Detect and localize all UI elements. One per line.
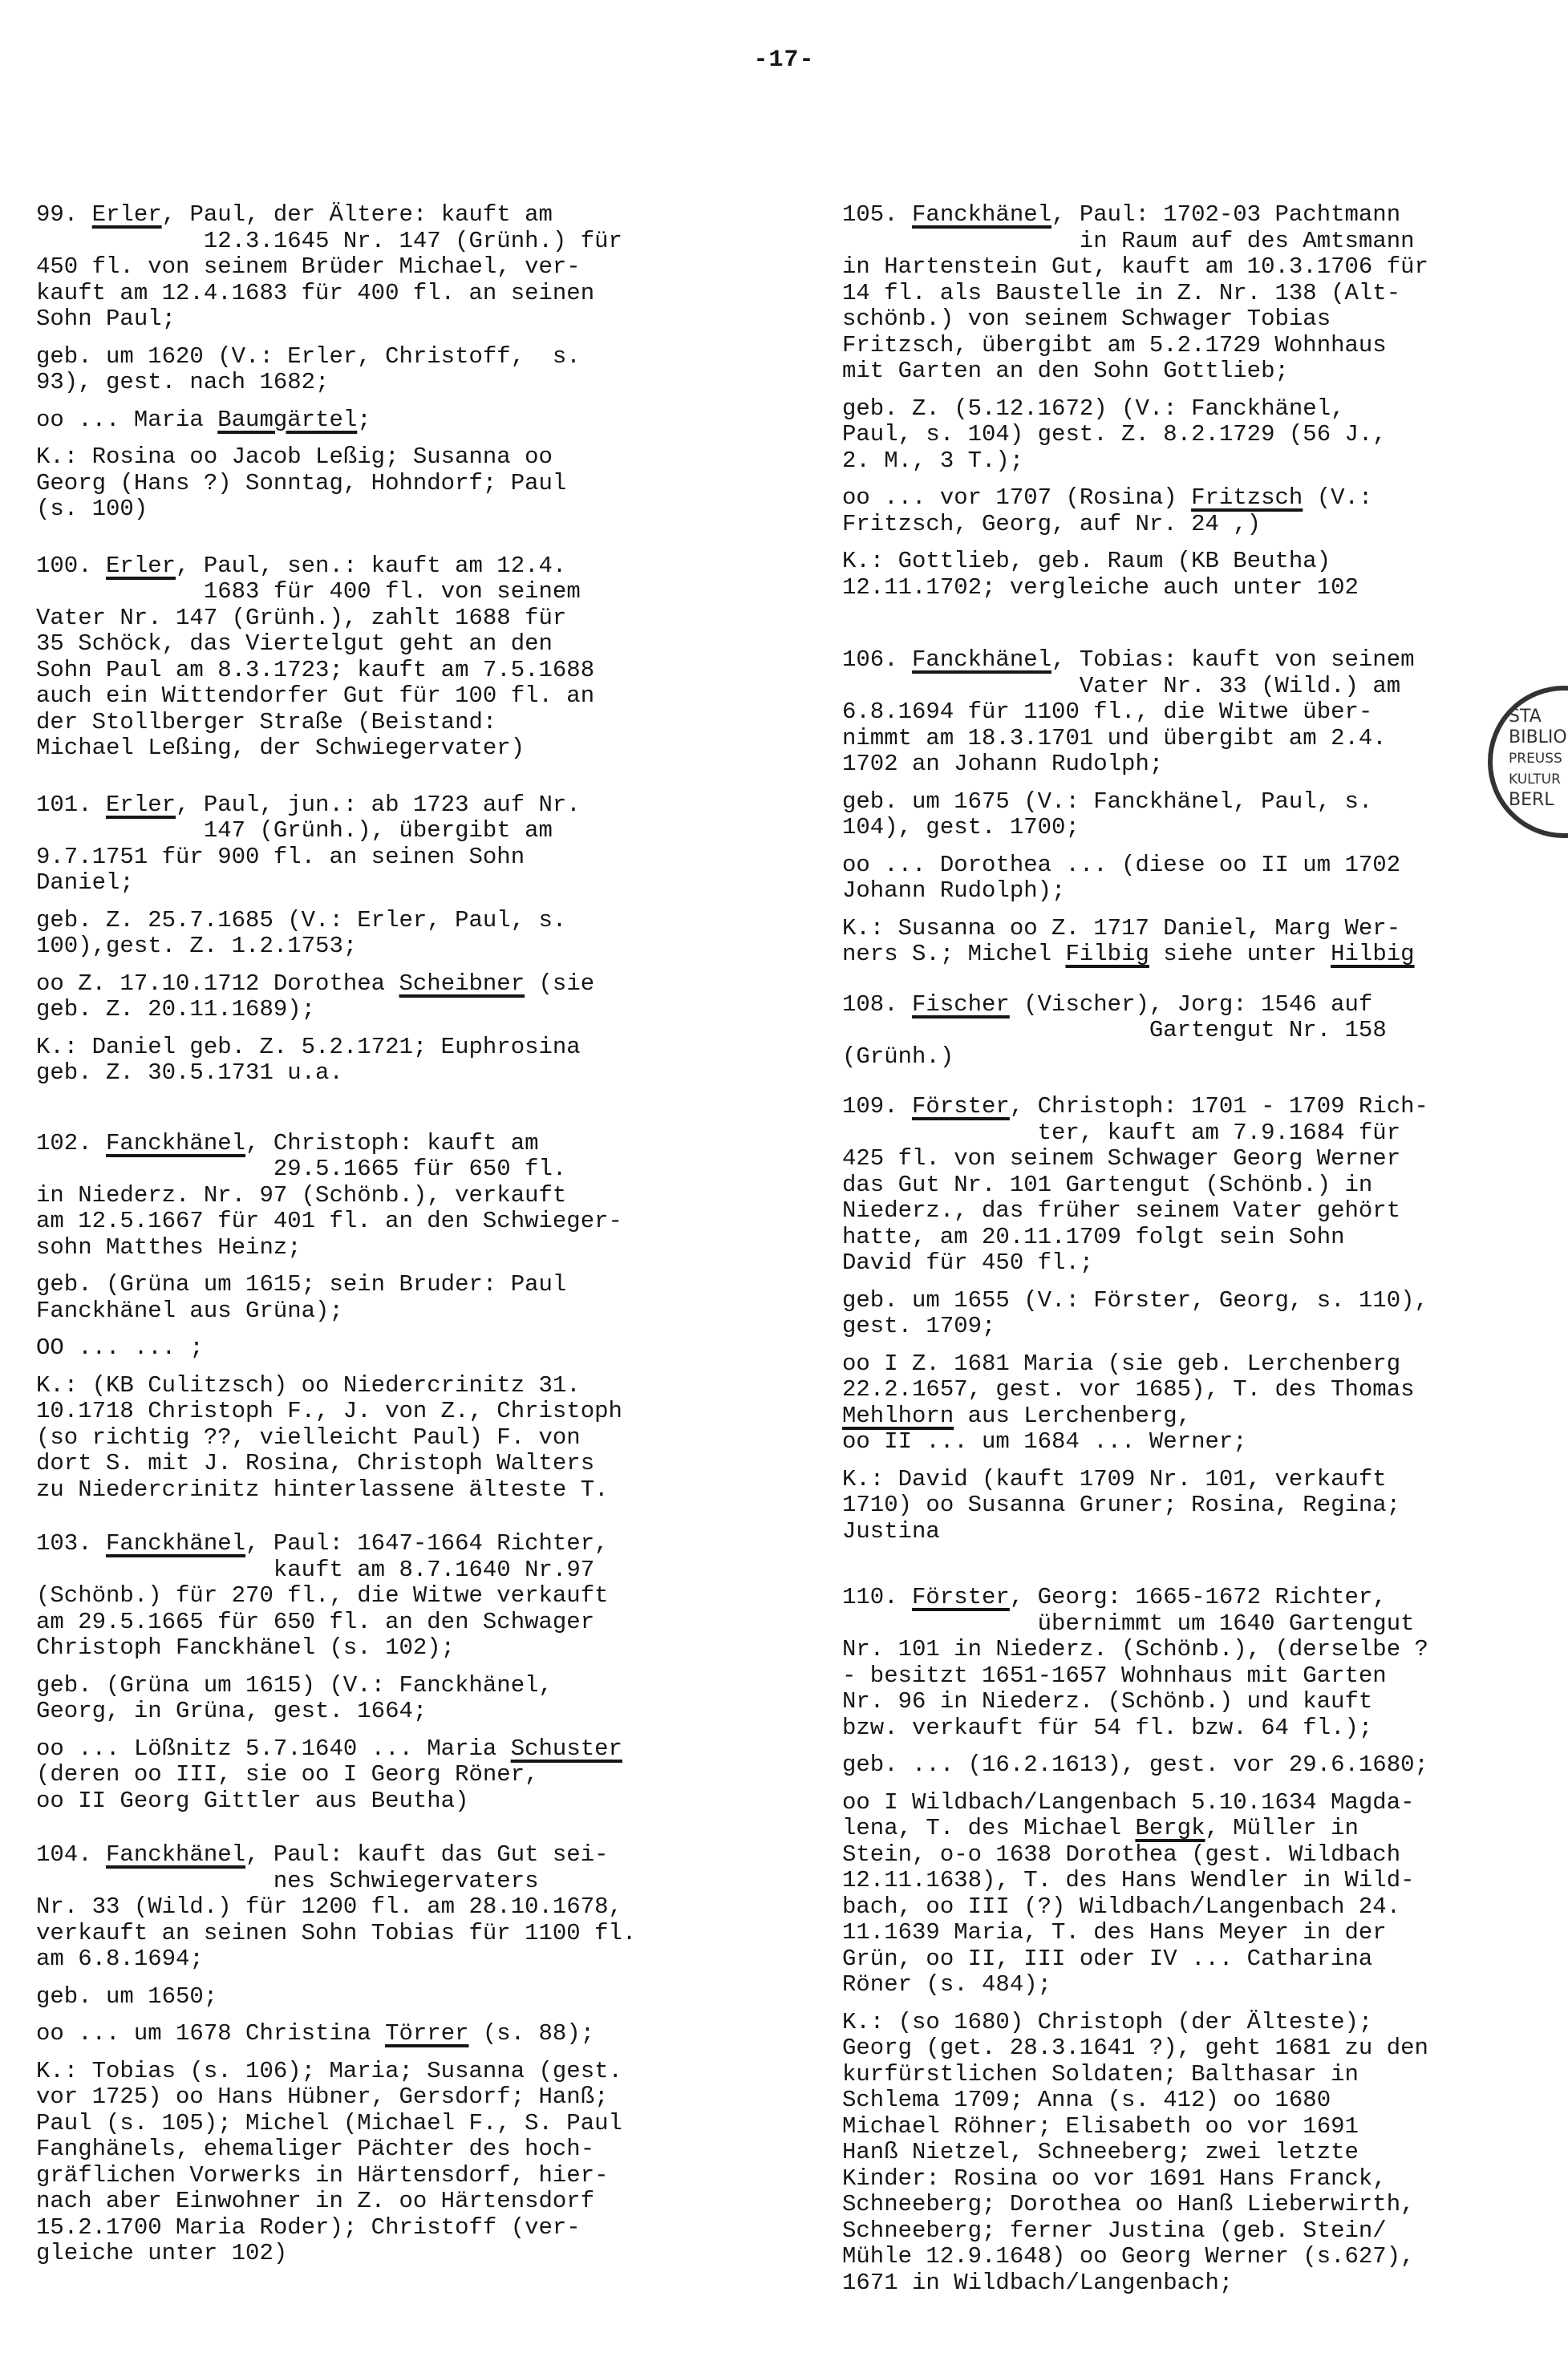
- text: 105.: [842, 201, 912, 228]
- entry-102: 102. Fanckhänel, Christoph: kauft am 29.…: [36, 1131, 758, 1504]
- entry-paragraph: oo Z. 17.10.1712 Dorothea Scheibner (sie…: [36, 971, 758, 1023]
- entry-paragraph: geb. um 1620 (V.: Erler, Christoff, s. 9…: [36, 344, 758, 396]
- entry-paragraph: K.: (KB Culitzsch) oo Niedercrinitz 31. …: [36, 1373, 758, 1504]
- entry-paragraph: K.: Susanna oo Z. 1717 Daniel, Marg Wer-…: [842, 916, 1564, 968]
- stamp-line: BERL: [1493, 790, 1568, 811]
- entry-paragraph: oo I Wildbach/Langenbach 5.10.1634 Magda…: [842, 1790, 1564, 1999]
- entry-heading: 105. Fanckhänel, Paul: 1702-03 Pachtmann…: [842, 202, 1564, 385]
- entry-paragraph: geb. um 1650;: [36, 1984, 758, 2011]
- surname: Scheibner: [399, 970, 525, 997]
- entry-103: 103. Fanckhänel, Paul: 1647-1664 Richter…: [36, 1531, 758, 1814]
- text: K.: Daniel geb. Z. 5.2.1721; Euphrosina …: [36, 1034, 581, 1087]
- surname: Erler: [92, 201, 162, 228]
- text: , Müller in Stein, o-o 1638 Dorothea (ge…: [842, 1815, 1415, 1998]
- text: 103.: [36, 1530, 106, 1557]
- text: 104.: [36, 1841, 106, 1868]
- entry-101: 101. Erler, Paul, jun.: ab 1723 auf Nr. …: [36, 792, 758, 1087]
- entry-paragraph: geb. (Grüna um 1615; sein Bruder: Paul F…: [36, 1272, 758, 1324]
- entry-heading: 110. Förster, Georg: 1665-1672 Richter, …: [842, 1585, 1564, 1741]
- entry-104: 104. Fanckhänel, Paul: kauft das Gut sei…: [36, 1842, 758, 2267]
- surname: Baumgärtel: [217, 407, 357, 433]
- right-column: 105. Fanckhänel, Paul: 1702-03 Pachtmann…: [842, 178, 1564, 2307]
- text: geb. Z. (5.12.1672) (V.: Fanckhänel, Pau…: [842, 395, 1387, 474]
- entry-paragraph: K.: Daniel geb. Z. 5.2.1721; Euphrosina …: [36, 1035, 758, 1087]
- left-column: 99. Erler, Paul, der Ältere: kauft am 12…: [36, 178, 758, 2278]
- entry-paragraph: K.: Tobias (s. 106); Maria; Susanna (ges…: [36, 2059, 758, 2267]
- entry-paragraph: oo ... Dorothea ... (diese oo II um 1702…: [842, 852, 1564, 905]
- entry-heading: 102. Fanckhänel, Christoph: kauft am 29.…: [36, 1131, 758, 1262]
- surname: Erler: [106, 792, 176, 818]
- entry-paragraph: oo I Z. 1681 Maria (sie geb. Lerchenberg…: [842, 1351, 1564, 1456]
- surname: Filbig: [1065, 941, 1149, 967]
- entry-paragraph: K.: Rosina oo Jacob Leßig; Susanna oo Ge…: [36, 444, 758, 523]
- text: 108.: [842, 991, 912, 1018]
- surname: Fanckhänel: [912, 646, 1051, 673]
- surname: Fanckhänel: [106, 1530, 245, 1557]
- text: OO ... ... ;: [36, 1334, 204, 1361]
- text: siehe unter: [1149, 941, 1331, 967]
- entry-heading: 101. Erler, Paul, jun.: ab 1723 auf Nr. …: [36, 792, 758, 897]
- surname: Schuster: [511, 1735, 622, 1762]
- text: 99.: [36, 201, 92, 228]
- entry-paragraph: geb. (Grüna um 1615) (V.: Fanckhänel, Ge…: [36, 1673, 758, 1725]
- text: oo ... Maria: [36, 407, 217, 433]
- entry-paragraph: K.: Gottlieb, geb. Raum (KB Beutha) 12.1…: [842, 549, 1564, 601]
- entry-heading: 104. Fanckhänel, Paul: kauft das Gut sei…: [36, 1842, 758, 1973]
- text: oo Z. 17.10.1712 Dorothea: [36, 970, 399, 997]
- text: , Paul, sen.: kauft am 12.4. 1683 für 40…: [36, 553, 594, 762]
- entry-paragraph: K.: David (kauft 1709 Nr. 101, verkauft …: [842, 1467, 1564, 1545]
- text: geb. (Grüna um 1615; sein Bruder: Paul F…: [36, 1271, 566, 1324]
- text: (deren oo III, sie oo I Georg Röner, oo …: [36, 1761, 539, 1814]
- entry-paragraph: geb. um 1655 (V.: Förster, Georg, s. 110…: [842, 1288, 1564, 1340]
- entry-heading: 106. Fanckhänel, Tobias: kauft von seine…: [842, 647, 1564, 778]
- text: 102.: [36, 1130, 106, 1156]
- entry-105: 105. Fanckhänel, Paul: 1702-03 Pachtmann…: [842, 202, 1564, 601]
- stamp-line: BIBLIO: [1493, 727, 1568, 748]
- entry-paragraph: K.: (so 1680) Christoph (der Älteste); G…: [842, 2010, 1564, 2297]
- entry-heading: 108. Fischer (Vischer), Jorg: 1546 auf G…: [842, 992, 1564, 1071]
- surname: Erler: [106, 553, 176, 579]
- stamp-line: KULTUR: [1493, 769, 1568, 790]
- entry-paragraph: geb. um 1675 (V.: Fanckhänel, Paul, s. 1…: [842, 789, 1564, 841]
- surname: Fischer: [912, 991, 1010, 1018]
- entry-paragraph: OO ... ... ;: [36, 1335, 758, 1362]
- surname: Fanckhänel: [912, 201, 1051, 228]
- surname: Förster: [912, 1093, 1010, 1120]
- text: geb. um 1620 (V.: Erler, Christoff, s. 9…: [36, 343, 581, 396]
- text: oo I Z. 1681 Maria (sie geb. Lerchenberg…: [842, 1351, 1415, 1403]
- surname: Fritzsch: [1191, 484, 1303, 511]
- entry-99: 99. Erler, Paul, der Ältere: kauft am 12…: [36, 202, 758, 523]
- text: K.: (KB Culitzsch) oo Niedercrinitz 31. …: [36, 1372, 622, 1503]
- entry-108: 108. Fischer (Vischer), Jorg: 1546 auf G…: [842, 992, 1564, 1071]
- text: oo ... Dorothea ... (diese oo II um 1702…: [842, 852, 1400, 905]
- text: 100.: [36, 553, 106, 579]
- entry-106: 106. Fanckhänel, Tobias: kauft von seine…: [842, 647, 1564, 968]
- entry-paragraph: oo ... vor 1707 (Rosina) Fritzsch (V.: F…: [842, 485, 1564, 537]
- surname: Mehlhorn: [842, 1403, 954, 1429]
- entry-heading: 103. Fanckhänel, Paul: 1647-1664 Richter…: [36, 1531, 758, 1662]
- text: oo ... vor 1707 (Rosina): [842, 484, 1191, 511]
- text: , Christoph: 1701 - 1709 Rich- ter, kauf…: [842, 1093, 1428, 1276]
- text: K.: (so 1680) Christoph (der Älteste); G…: [842, 2009, 1428, 2296]
- text: geb. ... (16.2.1613), gest. vor 29.6.168…: [842, 1752, 1428, 1778]
- text: ;: [357, 407, 371, 433]
- text: K.: Gottlieb, geb. Raum (KB Beutha) 12.1…: [842, 548, 1359, 601]
- entry-heading: 99. Erler, Paul, der Ältere: kauft am 12…: [36, 202, 758, 333]
- text: geb. Z. 25.7.1685 (V.: Erler, Paul, s. 1…: [36, 907, 566, 960]
- stamp-line: PREUSS: [1493, 748, 1568, 769]
- text: geb. um 1650;: [36, 1983, 217, 2010]
- entry-paragraph: oo ... Lößnitz 5.7.1640 ... Maria Schust…: [36, 1736, 758, 1815]
- entry-110: 110. Förster, Georg: 1665-1672 Richter, …: [842, 1585, 1564, 2296]
- text: K.: Tobias (s. 106); Maria; Susanna (ges…: [36, 2058, 622, 2267]
- entry-heading: 100. Erler, Paul, sen.: kauft am 12.4. 1…: [36, 553, 758, 762]
- text: 110.: [842, 1584, 912, 1610]
- text: geb. um 1655 (V.: Förster, Georg, s. 110…: [842, 1287, 1428, 1340]
- surname: Törrer: [385, 2020, 468, 2047]
- text: (s. 88);: [469, 2020, 595, 2047]
- surname: Fanckhänel: [106, 1841, 245, 1868]
- text: oo ... um 1678 Christina: [36, 2020, 385, 2047]
- entry-paragraph: geb. Z. 25.7.1685 (V.: Erler, Paul, s. 1…: [36, 908, 758, 960]
- surname: Förster: [912, 1584, 1010, 1610]
- text: K.: David (kauft 1709 Nr. 101, verkauft …: [842, 1466, 1400, 1545]
- text: geb. (Grüna um 1615) (V.: Fanckhänel, Ge…: [36, 1672, 553, 1725]
- text: , Paul: 1702-03 Pachtmann in Raum auf de…: [842, 201, 1428, 384]
- text: 101.: [36, 792, 106, 818]
- entry-109: 109. Förster, Christoph: 1701 - 1709 Ric…: [842, 1094, 1564, 1545]
- text: K.: Rosina oo Jacob Leßig; Susanna oo Ge…: [36, 443, 566, 522]
- entry-paragraph: oo ... um 1678 Christina Törrer (s. 88);: [36, 2021, 758, 2047]
- text: 106.: [842, 646, 912, 673]
- surname: Fanckhänel: [106, 1130, 245, 1156]
- text: geb. um 1675 (V.: Fanckhänel, Paul, s. 1…: [842, 788, 1372, 841]
- page-number: -17-: [0, 47, 1568, 74]
- text: oo ... Lößnitz 5.7.1640 ... Maria: [36, 1735, 511, 1762]
- entry-paragraph: geb. ... (16.2.1613), gest. vor 29.6.168…: [842, 1752, 1564, 1779]
- text: 109.: [842, 1093, 912, 1120]
- entry-heading: 109. Förster, Christoph: 1701 - 1709 Ric…: [842, 1094, 1564, 1277]
- surname: Hilbig: [1331, 941, 1414, 967]
- surname: Bergk: [1135, 1815, 1205, 1841]
- entry-100: 100. Erler, Paul, sen.: kauft am 12.4. 1…: [36, 553, 758, 762]
- entry-paragraph: geb. Z. (5.12.1672) (V.: Fanckhänel, Pau…: [842, 396, 1564, 475]
- entry-paragraph: oo ... Maria Baumgärtel;: [36, 407, 758, 434]
